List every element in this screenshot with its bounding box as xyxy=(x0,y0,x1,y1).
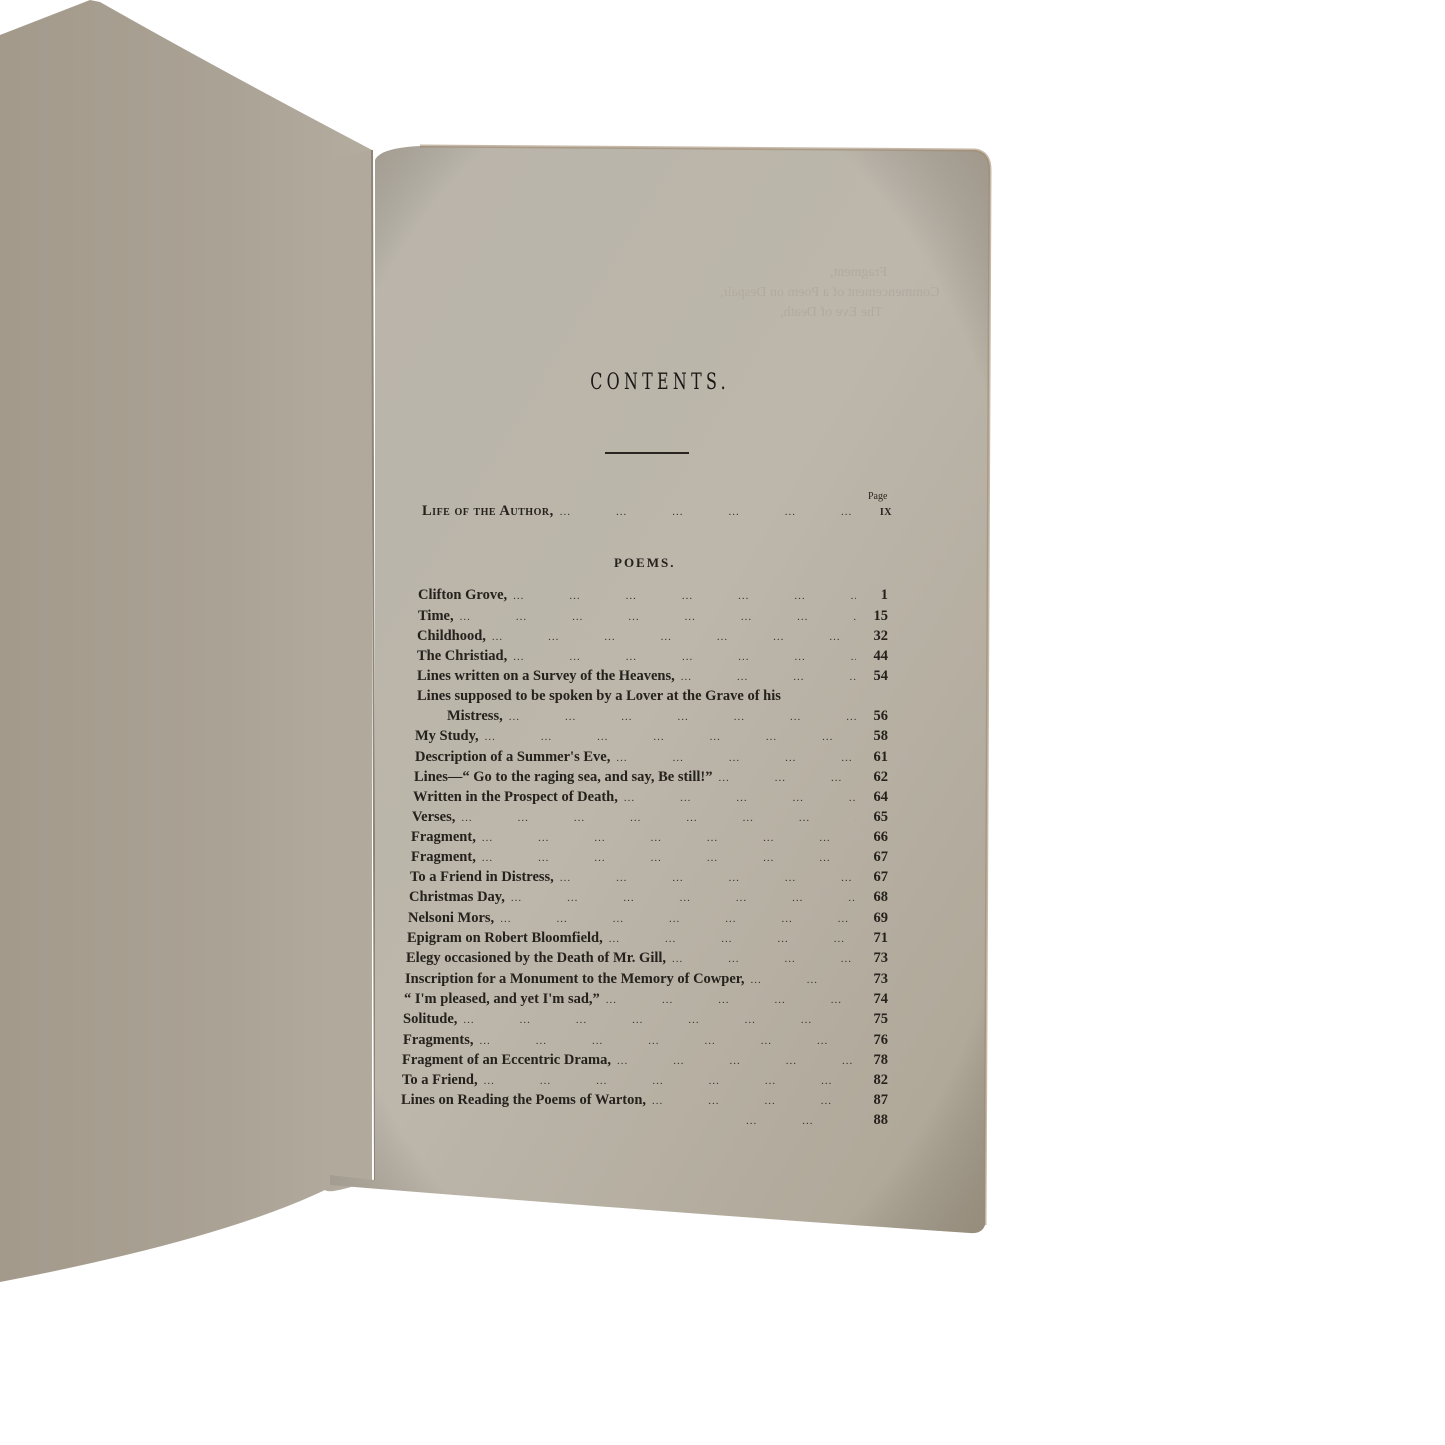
toc-entry-life-of-author: Life of the Author,ix xyxy=(422,503,892,520)
toc-entry: Written in the Prospect of Death,64 xyxy=(413,789,888,806)
toc-entry: Inscription for a Monument to the Memory… xyxy=(405,971,888,988)
toc-entry: To a Friend,82 xyxy=(402,1072,888,1089)
toc-entry: Childhood,32 xyxy=(417,628,888,645)
toc-entry: To a Friend in Distress,67 xyxy=(410,869,888,886)
toc-entry: Fragment of an Eccentric Drama,78 xyxy=(402,1052,888,1069)
show-through-text: Fragment, xyxy=(830,265,887,281)
toc-entry: Nelsoni Mors,69 xyxy=(408,910,888,927)
toc-entry: 88 xyxy=(740,1112,888,1129)
toc-entry: Lines supposed to be spoken by a Lover a… xyxy=(417,688,857,705)
toc-entry: Description of a Summer's Eve,61 xyxy=(415,749,888,766)
toc-entry: Verses,65 xyxy=(412,809,888,826)
toc-entry: Fragment,66 xyxy=(411,829,888,846)
book-photo: Fragment, Commencement of a Poem on Desp… xyxy=(0,0,1445,1445)
page-column-label: Page xyxy=(868,491,887,502)
left-page xyxy=(0,0,372,1282)
toc-entry: Clifton Grove,1 xyxy=(418,587,888,604)
toc-entry: Lines on Reading the Poems of Warton,87 xyxy=(401,1092,888,1109)
section-heading-poems: POEMS. xyxy=(614,555,675,571)
toc-entry: Christmas Day,68 xyxy=(409,889,888,906)
show-through-text: Commencement of a Poem on Despair, xyxy=(720,285,940,301)
toc-entry: Time,15 xyxy=(418,608,888,625)
page-title: CONTENTS. xyxy=(590,370,720,395)
toc-entry: “ I'm pleased, and yet I'm sad,”74 xyxy=(404,991,888,1008)
show-through-text: The Eve of Death, xyxy=(780,305,883,321)
toc-entry: Elegy occasioned by the Death of Mr. Gil… xyxy=(406,950,888,967)
toc-entry: Epigram on Robert Bloomfield,71 xyxy=(407,930,888,947)
toc-entry: My Study,58 xyxy=(415,728,888,745)
toc-entry: Lines—“ Go to the raging sea, and say, B… xyxy=(414,769,888,786)
title-rule xyxy=(605,452,689,454)
toc-entry: Lines written on a Survey of the Heavens… xyxy=(417,668,888,685)
toc-entry: Fragments,76 xyxy=(403,1032,888,1049)
toc-entry: Mistress,56 xyxy=(447,708,888,725)
toc-entry: Fragment,67 xyxy=(411,849,888,866)
toc-entry: The Christiad,44 xyxy=(417,648,888,665)
toc-entry: Solitude,75 xyxy=(403,1011,888,1028)
